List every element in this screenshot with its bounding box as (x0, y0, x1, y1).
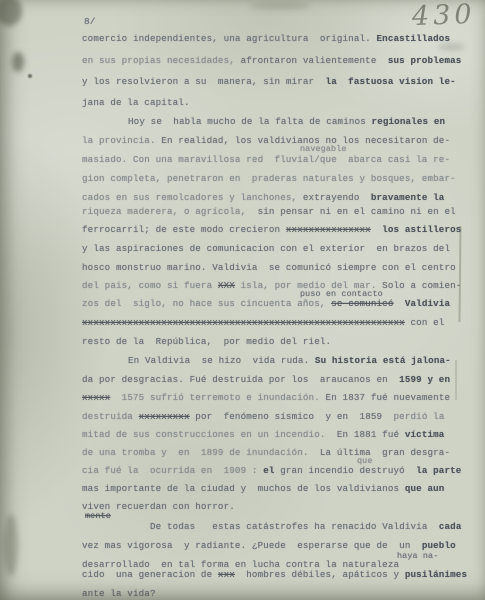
text-segment: mente (85, 511, 111, 521)
text-segment: la provincia. (82, 135, 161, 146)
text-segment (394, 298, 405, 309)
text-segment: gran incendio destruyó (275, 465, 417, 476)
text-segment: xxxxx (82, 392, 110, 403)
text-segment: xxx (218, 569, 235, 580)
text-segment: pueblo (422, 540, 456, 551)
typed-line: resto de la República, por medio del rie… (82, 336, 331, 347)
text-segment: mitad de sus construcciones en un incend… (82, 429, 337, 440)
text-segment: En Valdivia se hizo vida ruda. (128, 355, 315, 366)
typed-line: En Valdivia se hizo vida ruda. Su histor… (128, 355, 451, 366)
text-segment (110, 392, 121, 403)
typed-line: jana de la capital. (82, 97, 190, 108)
text-segment: ferrocarril; de este modo crecieron (82, 224, 286, 235)
text-segment: De todas estas catástrofes ha renacido V… (150, 521, 439, 532)
text-segment: xxxxxxxxxxxxxxxxxxxxxxxxxxxxxxxxxxxxxxxx… (82, 317, 405, 328)
text-segment: ante la vida? (82, 588, 156, 599)
text-segment: mas importante de la ciudad y muchos de … (82, 483, 405, 494)
text-segment: Valdivia (405, 298, 450, 309)
typed-line: riqueza maderera, o agrícola, sin pensar… (82, 206, 456, 217)
text-segment: en sus propias necesidades, (82, 55, 241, 66)
text-segment: la parte (416, 465, 461, 476)
text-segment: la fastuosa vision le- (326, 76, 456, 87)
text-segment: riqueza maderera, o agrícola, (82, 206, 258, 217)
text-segment: 1575 sufrió terremoto e inundación. (122, 392, 326, 403)
text-segment: cados en sus remolcadores y lanchones, (82, 192, 303, 203)
text-segment: zos del siglo, no hace sus cincuenta año… (82, 298, 331, 309)
typed-line: y los resolvieron a su manera, sin mirar… (82, 76, 456, 87)
text-segment: vez mas vigorosa y radiante. ¿Puede espe… (82, 540, 422, 551)
typed-text-layer: comercio independientes, una agricultura… (0, 0, 485, 600)
typed-line: cados en sus remolcadores y lanchones, e… (82, 192, 444, 203)
text-segment: que aun (405, 483, 445, 494)
text-segment: víctima (405, 429, 445, 440)
text-segment: regionales en (372, 116, 446, 127)
typed-line: cia fué la ocurrida en 1909 : el gran in… (82, 465, 461, 476)
text-segment: los astilleros (382, 224, 461, 235)
typed-line: xxxxx 1575 sufrió terremoto e inundación… (82, 392, 450, 403)
text-segment: En 1881 fué (337, 429, 405, 440)
text-segment: perdió la (394, 411, 445, 422)
text-segment: cia fué la ocurrida en 1909 : (82, 465, 263, 476)
typed-line: da por desgracias. Fué destruida por los… (82, 374, 450, 385)
typed-line: del pais, como si fuera XXX isla, por me… (82, 280, 461, 291)
text-segment: destruida (82, 411, 139, 422)
typed-line: comercio independientes, una agricultura… (82, 33, 450, 44)
text-segment: Su historia está jalona- (315, 355, 451, 366)
struck-fragment: mente (85, 511, 111, 521)
typed-line: la provincia. En realidad, los valdivian… (82, 135, 450, 146)
text-segment: por fenómeno sísmico y en 1859 (190, 411, 394, 422)
typed-line: vez mas vigorosa y radiante. ¿Puede espe… (82, 540, 456, 551)
typed-line: y las aspiraciones de comunicacion con e… (82, 243, 450, 254)
struck-out-line: xxxxxxxxxxxxxxxxxxxxxxxxxxxxxxxxxxxxxxxx… (82, 317, 444, 328)
typed-line: mitad de sus construcciones en un incend… (82, 429, 444, 440)
typed-line: hosco monstruo marino. Valdivia se comun… (82, 262, 456, 273)
text-segment: cada (439, 521, 462, 532)
text-segment: jana de la capital. (82, 97, 190, 108)
text-segment: Hoy se habla mucho de la falta de camino… (128, 116, 372, 127)
text-segment: del pais, como si fuera (82, 280, 218, 291)
text-segment: haya na- (397, 551, 438, 561)
text-segment: extrayendo (303, 192, 371, 203)
text-segment: comercio independientes, una agricultura… (82, 33, 377, 44)
text-segment: En 1837 fué nuevamente (326, 392, 451, 403)
typed-line: masiado. Con una maravillosa red fluvial… (82, 154, 450, 165)
typed-line: De todas estas catástrofes ha renacido V… (150, 521, 462, 532)
text-segment (371, 224, 382, 235)
typed-line: cido una generacion de xxx hombres débil… (82, 569, 467, 580)
typed-line: gion completa, penetraron en praderas na… (82, 173, 456, 184)
text-segment: hombres débiles, apáticos y (235, 569, 405, 580)
interlinear-insertion: haya na- (397, 551, 438, 561)
typed-line: de una tromba y en 1899 de inundación. L… (82, 447, 450, 458)
text-segment: xxxxxxxxxxxxxxx (286, 224, 371, 235)
typed-line: ferrocarril; de este modo crecieron xxxx… (82, 224, 461, 235)
text-segment: el (263, 465, 274, 476)
text-segment: XXX (218, 280, 235, 291)
text-segment: sus problemas (388, 55, 462, 66)
text-segment: afrontaron valientemente (241, 55, 388, 66)
typed-line: destruida xxxxxxxxx por fenómeno sísmico… (82, 411, 445, 422)
text-segment: se comunicó (331, 298, 393, 309)
text-segment: Encastillados (377, 33, 451, 44)
text-segment: pusilánimes (405, 569, 467, 580)
typed-line: en sus propias necesidades, afrontaron v… (82, 55, 461, 66)
typed-line: mas importante de la ciudad y muchos de … (82, 483, 444, 494)
text-segment: 1599 y en (399, 374, 450, 385)
text-segment: y los resolvieron a su manera, sin mirar (82, 76, 326, 87)
interlinear-insertion: navegable (300, 144, 347, 154)
text-segment: y las aspiraciones de comunicacion con e… (82, 243, 450, 254)
text-segment: masiado. Con una maravillosa red fluvial… (82, 154, 450, 165)
text-segment: con el (405, 317, 445, 328)
text-segment: hosco monstruo marino. Valdivia se comun… (82, 262, 456, 273)
typed-line: ante la vida? (82, 588, 156, 599)
text-segment: xxxxxxxxx (139, 411, 190, 422)
scanned-page: 430 8/ comercio independientes, una agri… (0, 0, 485, 600)
text-segment: resto de la República, por medio del rie… (82, 336, 331, 347)
text-segment: bravamente la (371, 192, 445, 203)
text-segment: da por desgracias. Fué destruida por los… (82, 374, 399, 385)
text-segment: cido una generacion de (82, 569, 218, 580)
text-segment: sin pensar ni en el camino ni en el (258, 206, 456, 217)
text-segment: La última gran desgra- (320, 447, 450, 458)
typed-line: Hoy se habla mucho de la falta de camino… (128, 116, 445, 127)
text-segment: gion completa, penetraron en praderas na… (82, 173, 456, 184)
text-segment: de una tromba y en 1899 de inundación. (82, 447, 320, 458)
typed-line: zos del siglo, no hace sus cincuenta año… (82, 298, 450, 309)
text-segment: Solo a comien- (382, 280, 461, 291)
text-segment: navegable (300, 144, 347, 154)
